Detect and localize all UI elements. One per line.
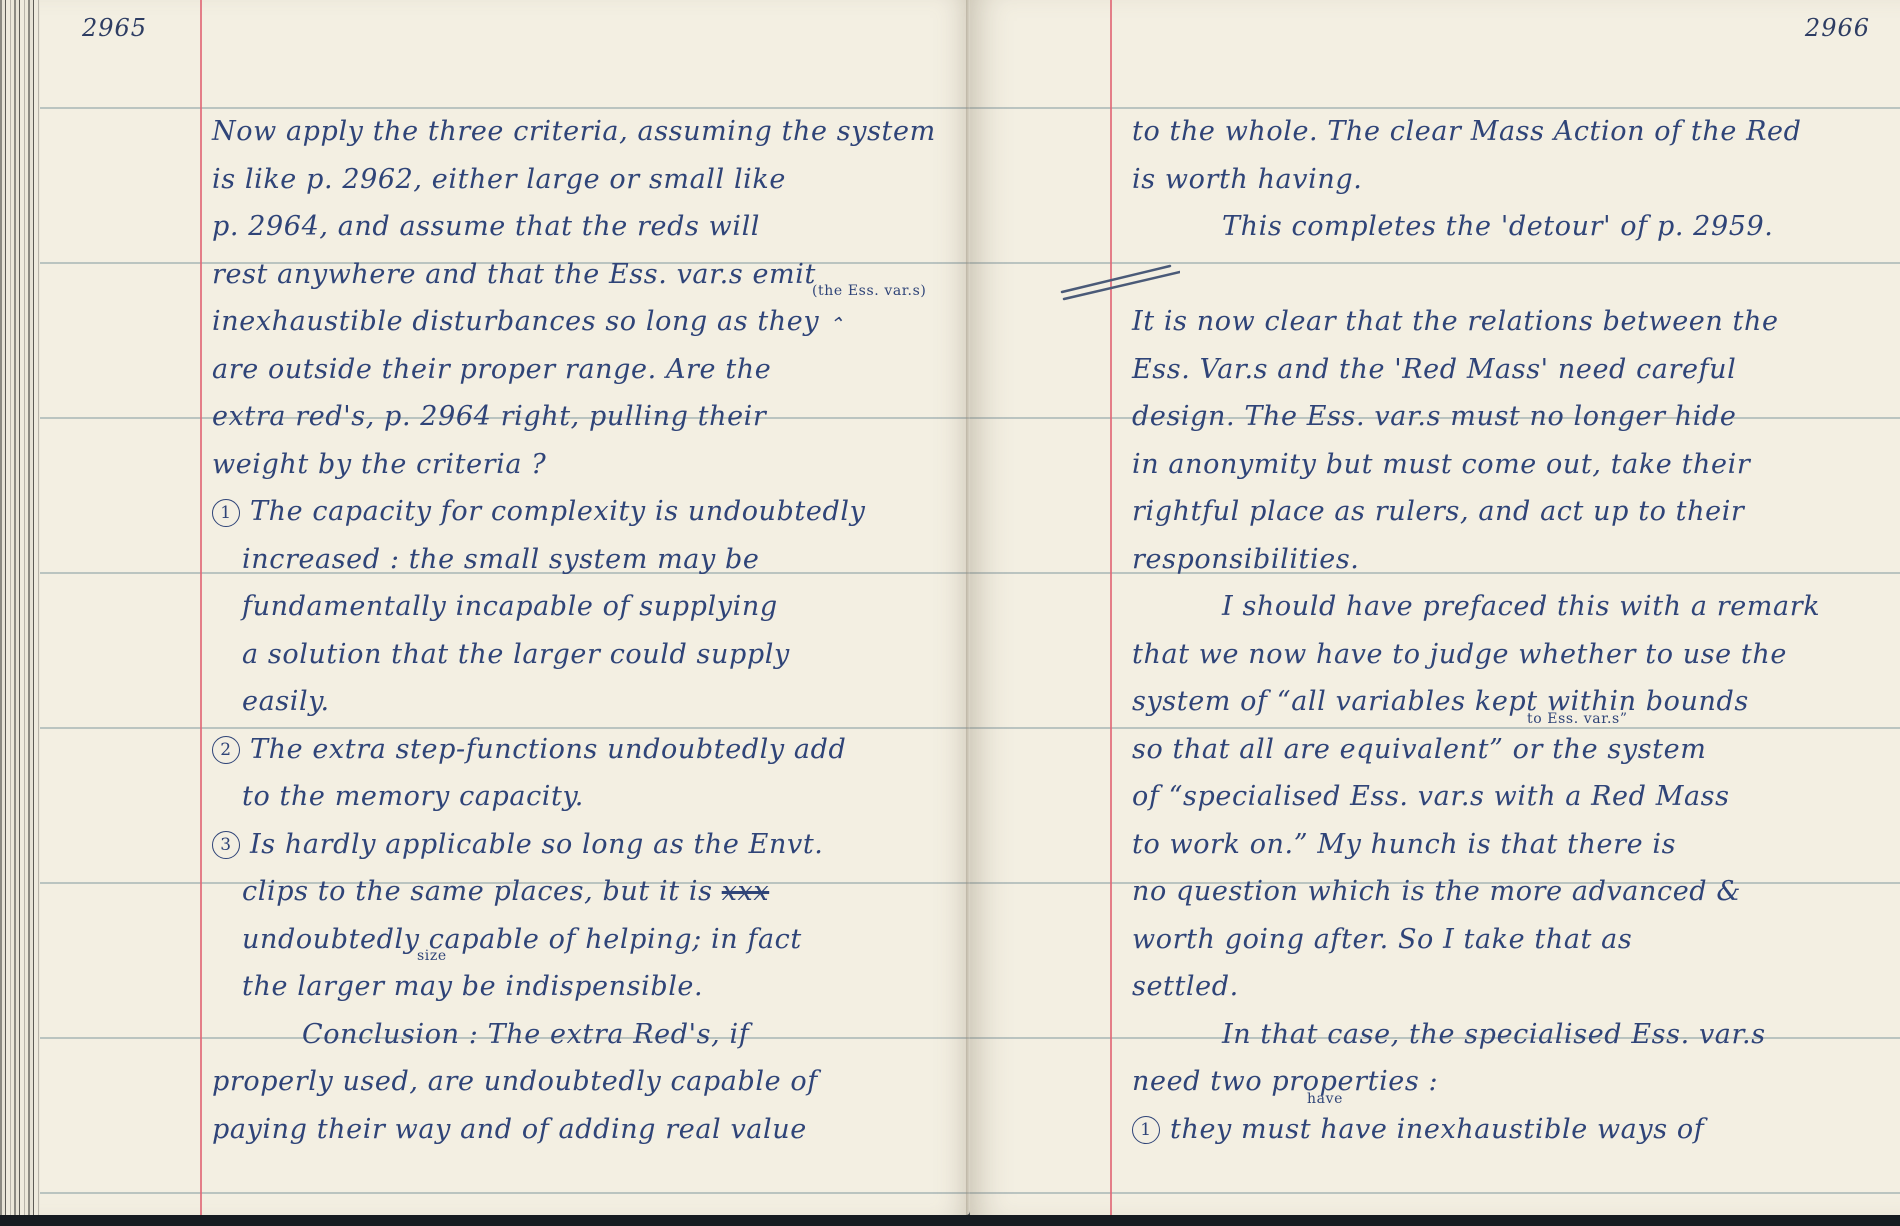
struck-out-word: xxx: [722, 876, 769, 907]
text-line: The capacity for complexity is undoubted…: [250, 496, 865, 527]
text-line: is worth having.: [1132, 156, 1820, 204]
page-edges-stack: [0, 0, 40, 1215]
text-line: Now apply the three criteria, assuming t…: [212, 108, 936, 156]
circled-number-1: 1: [1132, 1116, 1160, 1144]
text-line: they must have inexhaustible ways of: [1170, 1114, 1704, 1145]
text-line: weight by the criteria ?: [212, 441, 936, 489]
text-line-with-insertion: inexhaustible disturbances so long as th…: [212, 298, 936, 346]
right-page: 2966 to the whole. The clear Mass Action…: [970, 0, 1900, 1215]
numbered-item-1: 1The capacity for complexity is undoubte…: [212, 488, 936, 536]
circled-number-3: 3: [212, 831, 240, 859]
text-line: that we now have to judge whether to use…: [1132, 631, 1820, 679]
text-line: In that case, the specialised Ess. var.s: [1132, 1011, 1820, 1059]
text-line: of “specialised Ess. var.s with a Red Ma…: [1132, 773, 1820, 821]
right-margin-line: [1110, 0, 1112, 1215]
text-line: p. 2964, and assume that the reds will: [212, 203, 936, 251]
blank-line: [1132, 251, 1820, 299]
text-line-with-insertion: so that all are equivalent” or the syste…: [1132, 726, 1820, 774]
inserted-annotation: size: [417, 949, 447, 963]
text-line: Ess. Var.s and the 'Red Mass' need caref…: [1132, 346, 1820, 394]
left-page: 2965 Now apply the three criteria, assum…: [40, 0, 970, 1215]
left-page-text: Now apply the three criteria, assuming t…: [212, 108, 936, 1153]
section-break-double-slash-icon: [1060, 262, 1180, 302]
text-line: rightful place as rulers, and act up to …: [1132, 488, 1820, 536]
text-line: responsibilities.: [1132, 536, 1820, 584]
text-line: I should have prefaced this with a remar…: [1132, 583, 1820, 631]
left-margin-line: [200, 0, 202, 1215]
text-line: properly used, are undoubtedly capable o…: [212, 1058, 936, 1106]
text-line: so that all are equivalent” or the syste…: [1132, 734, 1706, 765]
right-page-text: to the whole. The clear Mass Action of t…: [1132, 108, 1820, 1153]
text-line: to the memory capacity.: [212, 773, 936, 821]
text-line: undoubtedly capable of helping; in fact: [212, 916, 936, 964]
text-line: This completes the 'detour' of p. 2959.: [1132, 203, 1820, 251]
text-line: The extra step-functions undoubtedly add: [250, 734, 846, 765]
text-line: Conclusion : The extra Red's, if: [212, 1011, 936, 1059]
text-line: design. The Ess. var.s must no longer hi…: [1132, 393, 1820, 441]
text-line: a solution that the larger could supply: [212, 631, 936, 679]
text-line: need two properties :: [1132, 1058, 1820, 1106]
background-surface: [0, 1215, 1900, 1226]
text-line: is like p. 2962, either large or small l…: [212, 156, 936, 204]
text-line: inexhaustible disturbances so long as th…: [212, 306, 819, 337]
inserted-annotation: (the Ess. var.s): [812, 284, 926, 298]
caret-mark: ⌃: [828, 314, 844, 335]
text-line: clips to the same places, but it is: [242, 876, 713, 907]
circled-number-1: 1: [212, 499, 240, 527]
text-line: clips to the same places, but it is xxx: [212, 868, 936, 916]
text-line: in anonymity but must come out, take the…: [1132, 441, 1820, 489]
inserted-annotation: to Ess. var.s”: [1527, 712, 1628, 726]
text-line-with-insertion: the larger may be indispensible. size: [212, 963, 936, 1011]
numbered-item-1: 1they must have inexhaustible ways of ha…: [1132, 1106, 1820, 1154]
circled-number-2: 2: [212, 736, 240, 764]
text-line: Is hardly applicable so long as the Envt…: [250, 829, 823, 860]
text-line: to work on.” My hunch is that there is: [1132, 821, 1820, 869]
numbered-item-3: 3Is hardly applicable so long as the Env…: [212, 821, 936, 869]
text-line: the larger may be indispensible.: [242, 971, 703, 1002]
inserted-annotation: have: [1307, 1092, 1343, 1106]
text-line: system of “all variables kept within bou…: [1132, 678, 1820, 726]
left-page-number: 2965: [82, 14, 147, 42]
text-line: settled.: [1132, 963, 1820, 1011]
text-line: worth going after. So I take that as: [1132, 916, 1820, 964]
text-line: are outside their proper range. Are the: [212, 346, 936, 394]
text-line: to the whole. The clear Mass Action of t…: [1132, 108, 1820, 156]
text-line: fundamentally incapable of supplying: [212, 583, 936, 631]
text-line: It is now clear that the relations betwe…: [1132, 298, 1820, 346]
text-line: paying their way and of adding real valu…: [212, 1106, 936, 1154]
text-line: increased : the small system may be: [212, 536, 936, 584]
open-notebook: 2965 Now apply the three criteria, assum…: [0, 0, 1900, 1215]
text-line: no question which is the more advanced &: [1132, 868, 1820, 916]
text-line: easily.: [212, 678, 936, 726]
right-page-number: 2966: [1805, 14, 1870, 42]
text-line: extra red's, p. 2964 right, pulling thei…: [212, 393, 936, 441]
numbered-item-2: 2The extra step-functions undoubtedly ad…: [212, 726, 936, 774]
